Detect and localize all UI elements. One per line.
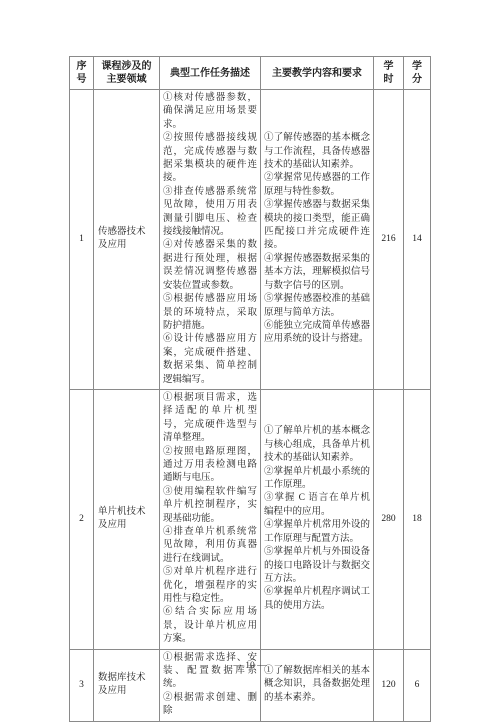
- course-domain: 数据库技术及应用: [94, 649, 160, 721]
- hours-value: 216: [374, 90, 404, 390]
- header-tasks: 典型工作任务描述: [160, 57, 261, 90]
- task-description: ①根据需求选择、安装、配置数据库系统。②根据需求创建、删除: [160, 649, 261, 721]
- table-row: 2 单片机技术及应用 ①根据项目需求，选择适配的单片机型号，完成硬件选型与清单整…: [70, 389, 431, 649]
- table-header-row: 序号 课程涉及的主要领域 典型工作任务描述 主要教学内容和要求 学时 学分: [70, 57, 431, 90]
- hours-value: 120: [374, 649, 404, 721]
- course-domain: 传感器技术及应用: [94, 90, 160, 390]
- credits-value: 14: [404, 90, 431, 390]
- course-plan-table: 序号 课程涉及的主要领域 典型工作任务描述 主要教学内容和要求 学时 学分 1 …: [69, 56, 431, 722]
- hours-value: 280: [374, 389, 404, 649]
- header-credits: 学分: [404, 57, 431, 90]
- course-domain: 单片机技术及应用: [94, 389, 160, 649]
- teaching-content: ①了解单片机的基本概念与核心组成，具备单片机技术的基础认知素养。②掌握单片机最小…: [261, 389, 374, 649]
- table-row: 1 传感器技术及应用 ①核对传感器参数，确保满足应用场景要求。②按照传感器接线规…: [70, 90, 431, 390]
- credits-value: 6: [404, 649, 431, 721]
- credits-value: 18: [404, 389, 431, 649]
- header-domain: 课程涉及的主要领域: [94, 57, 160, 90]
- task-description: ①根据项目需求，选择适配的单片机型号，完成硬件选型与清单整理。②按照电路原理图，…: [160, 389, 261, 649]
- row-number: 2: [70, 389, 94, 649]
- page-number: — 10 —: [0, 661, 500, 671]
- task-description: ①核对传感器参数，确保满足应用场景要求。②按照传感器接线规范，完成传感器与数据采…: [160, 90, 261, 390]
- row-number: 3: [70, 649, 94, 721]
- header-no: 序号: [70, 57, 94, 90]
- table-row: 3 数据库技术及应用 ①根据需求选择、安装、配置数据库系统。②根据需求创建、删除…: [70, 649, 431, 721]
- row-number: 1: [70, 90, 94, 390]
- teaching-content: ①了解传感器的基本概念与工作流程，具备传感器技术的基础认知素养。②掌握常见传感器…: [261, 90, 374, 390]
- header-hours: 学时: [374, 57, 404, 90]
- header-content: 主要教学内容和要求: [261, 57, 374, 90]
- teaching-content: ①了解数据库相关的基本概念知识，具备数据处理的基本素养。: [261, 649, 374, 721]
